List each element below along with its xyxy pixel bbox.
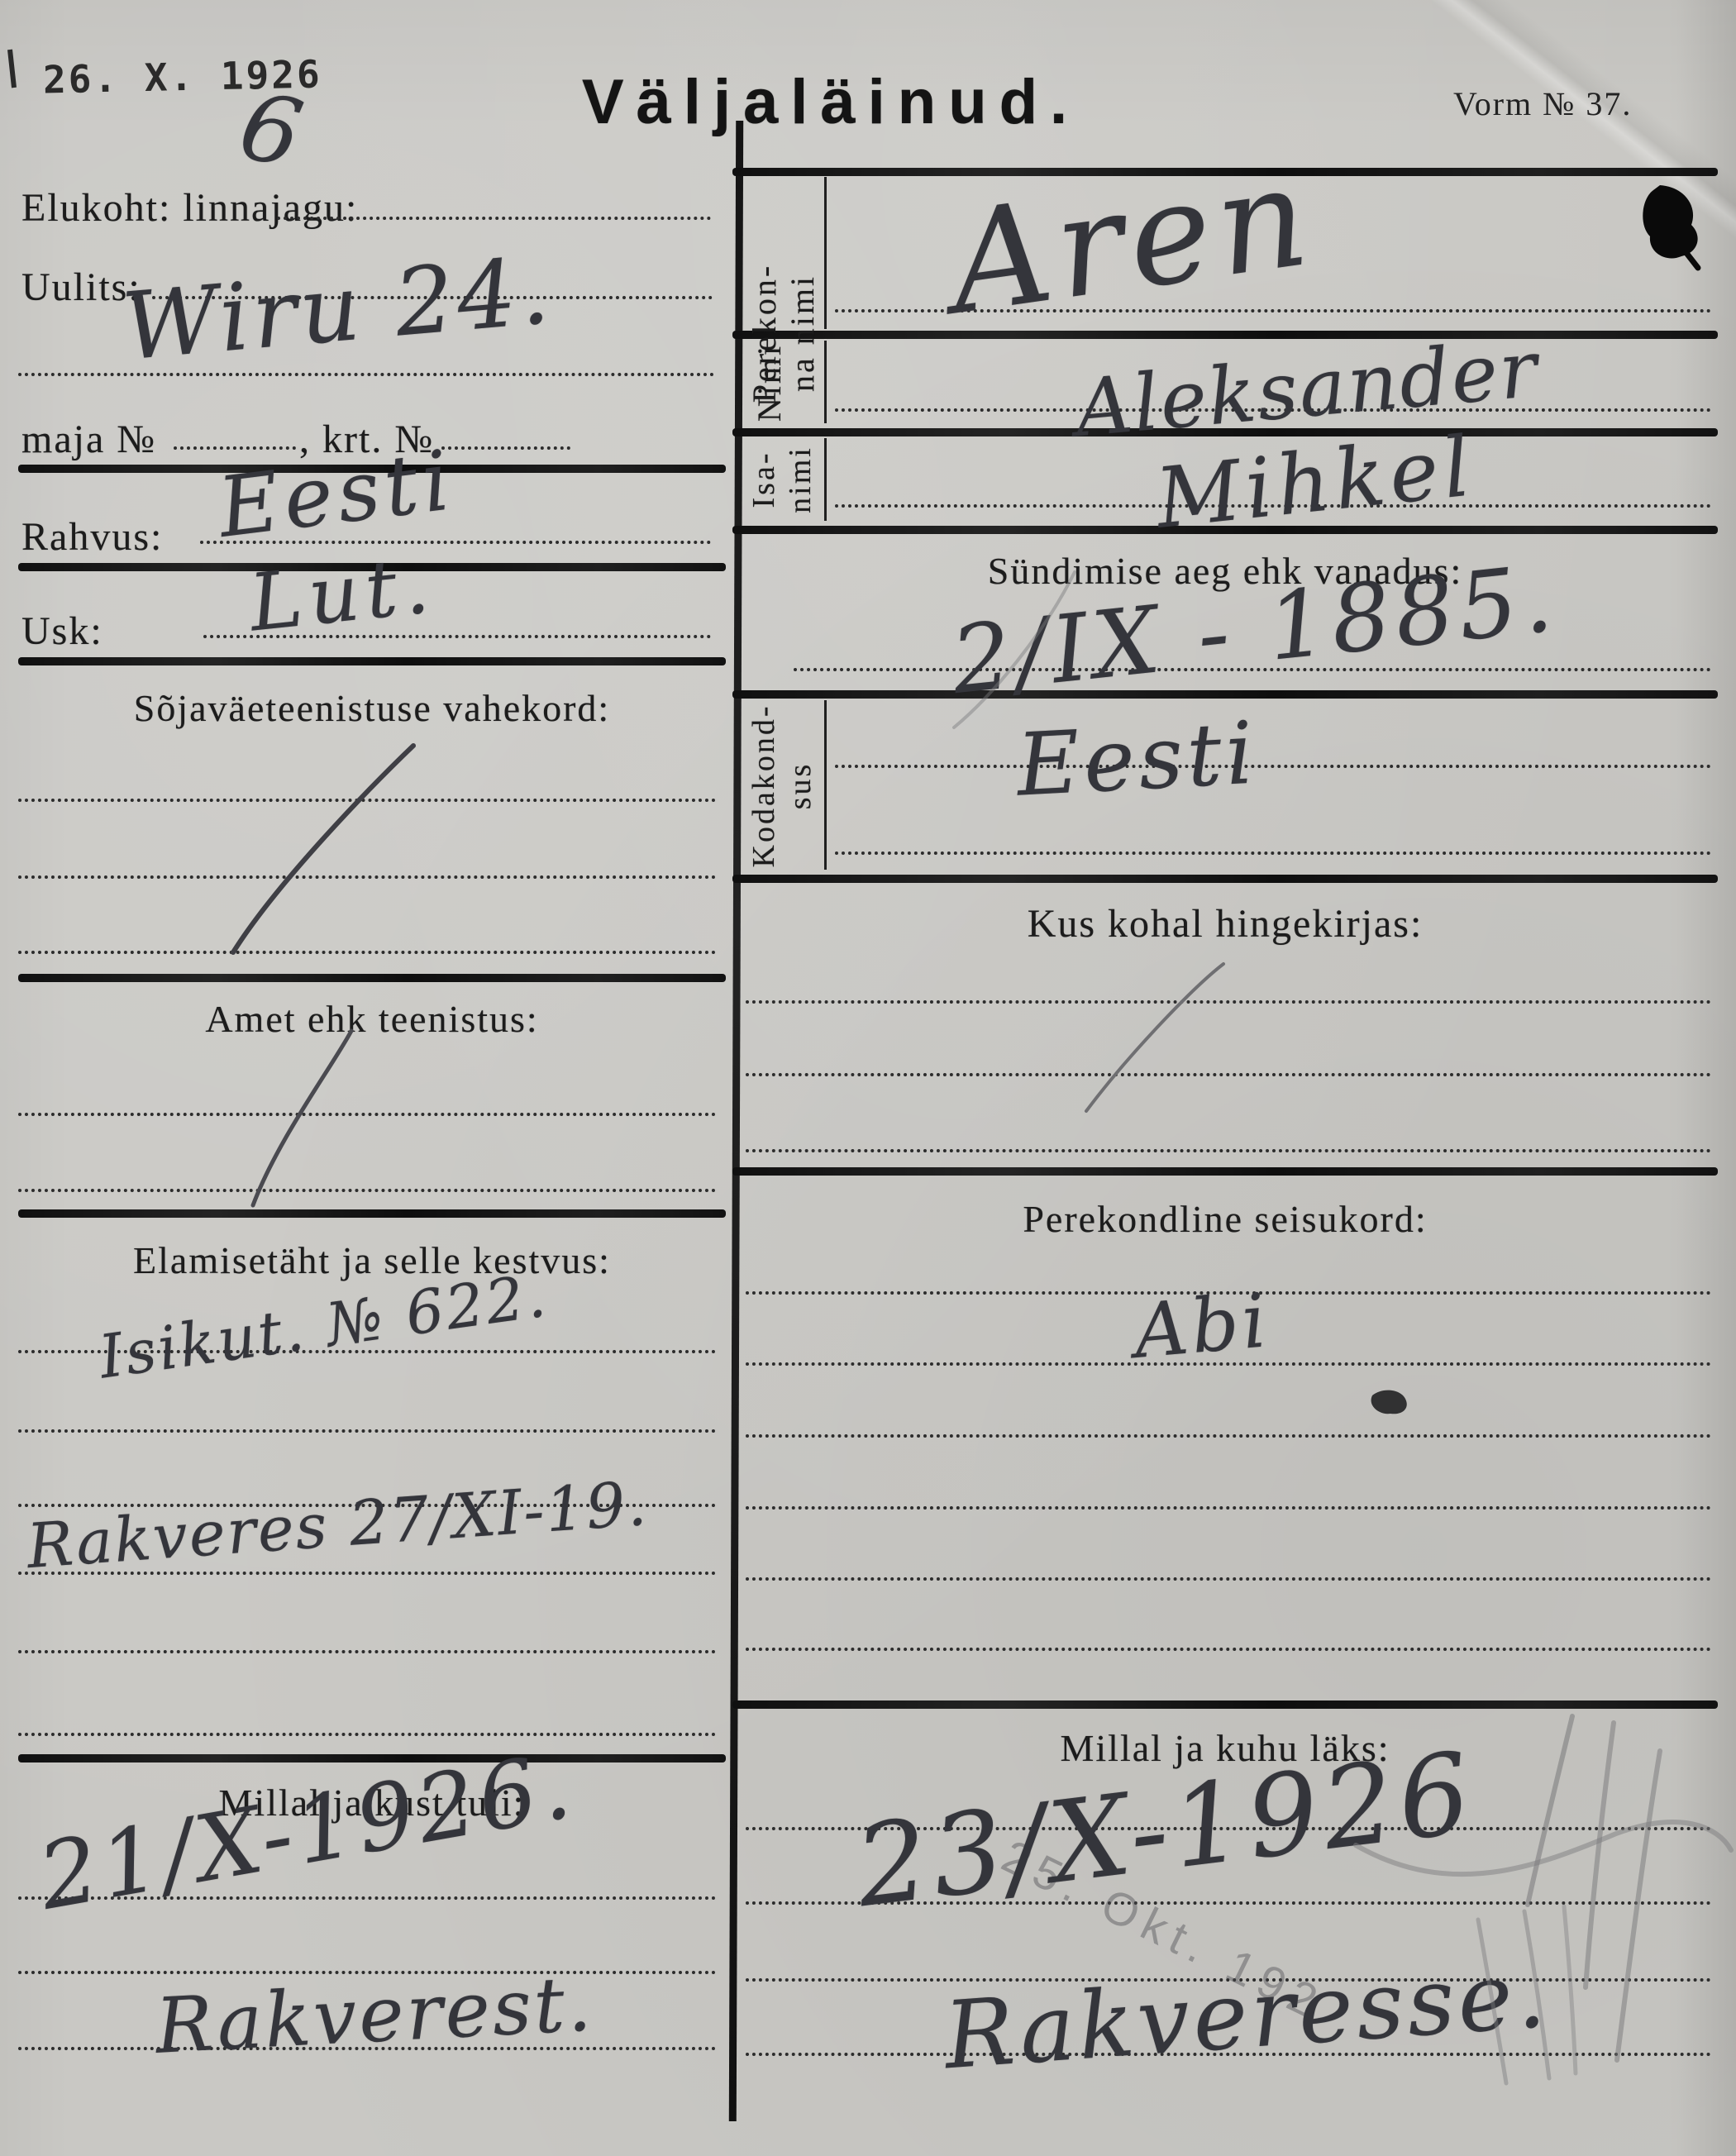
amet-heading: Amet ehk teenistus: xyxy=(18,997,726,1041)
edge-tick-mark xyxy=(10,50,14,88)
label-divider-line xyxy=(824,438,827,521)
label-divider-line xyxy=(824,177,827,329)
dotted-line xyxy=(18,1189,716,1192)
rule-bar xyxy=(732,1700,1718,1709)
uulits-value-handwriting: Wiru 24. xyxy=(119,245,556,374)
rahvus-label: Rahvus: xyxy=(21,514,163,560)
label-divider-line xyxy=(824,341,827,423)
rule-bar xyxy=(18,657,726,665)
registration-card: 26. X. 1926 Väljaläinud. Vorm № 37. Eluk… xyxy=(0,0,1736,2156)
kodakondsus-label: Kodakond- sus xyxy=(746,702,818,870)
dotted-line xyxy=(18,1733,716,1736)
elamisetaht-heading: Elamisetäht ja selle kestvus: xyxy=(18,1238,726,1282)
rahvus-value-handwriting: Eesti xyxy=(214,439,459,550)
dotted-line xyxy=(746,1648,1711,1651)
dotted-line xyxy=(835,765,1711,768)
dotted-line xyxy=(174,446,296,450)
slash-mark xyxy=(233,746,413,952)
isanimi-label: Isa- nimi xyxy=(746,438,818,521)
dotted-line xyxy=(18,373,714,376)
dotted-line xyxy=(18,875,716,879)
kodakondsus-label-line2: sus xyxy=(782,702,818,870)
dotted-line xyxy=(746,1434,1711,1438)
rule-bar xyxy=(732,1167,1718,1176)
sojavaeteenistus-heading: Sõjaväeteenistuse vahekord: xyxy=(18,686,726,730)
isanimi-label-line1: Isa- xyxy=(746,438,782,521)
rule-bar xyxy=(732,690,1718,699)
elamisetaht-line1-handwriting: Isikut. № 622. xyxy=(96,1265,551,1386)
slash-mark xyxy=(253,1031,351,1205)
usk-value-handwriting: Lut. xyxy=(246,546,439,644)
maja-label: maja № xyxy=(21,417,156,462)
rule-bar xyxy=(732,331,1718,339)
pencil-scribble xyxy=(1617,1751,1660,2060)
dotted-line xyxy=(441,446,570,450)
nimi-label-text: Nimi xyxy=(751,341,789,425)
dotted-line xyxy=(746,1506,1711,1510)
ink-spot xyxy=(1371,1390,1407,1414)
rule-bar xyxy=(18,974,726,982)
dotted-line xyxy=(18,1113,716,1116)
rule-bar xyxy=(18,1209,726,1218)
dotted-line xyxy=(18,799,716,802)
dotted-line xyxy=(18,951,716,954)
dotted-line xyxy=(18,1429,716,1433)
kodakondsus-label-line1: Kodakond- xyxy=(746,702,782,870)
hingekirjas-heading: Kus kohal hingekirjas: xyxy=(732,901,1718,947)
millal-kust-tuli-date-handwriting: 21/X-1926. xyxy=(32,1739,580,1923)
isanimi-label-line2: nimi xyxy=(782,438,818,521)
pencil-scribble xyxy=(1564,1906,1576,2073)
page-title: Väljaläinud. xyxy=(496,71,1166,134)
kodakondsus-value-handwriting: Eesti xyxy=(1014,709,1259,808)
dotted-line xyxy=(277,217,711,220)
dotted-line xyxy=(746,1073,1711,1076)
millal-kuhu-laks-place-handwriting: Rakveresse. xyxy=(942,1949,1552,2083)
form-number: Vorm № 37. xyxy=(1453,84,1632,123)
seisukord-heading: Perekondline seisukord: xyxy=(732,1197,1718,1241)
dotted-line xyxy=(746,1149,1711,1152)
elamisetaht-line2-handwriting: Rakveres 27/XI-19. xyxy=(25,1473,650,1577)
dotted-line xyxy=(835,851,1711,855)
center-divider-line xyxy=(729,121,743,2121)
usk-label: Usk: xyxy=(21,608,103,654)
rule-bar xyxy=(18,1754,726,1762)
dotted-line xyxy=(746,1000,1711,1004)
elukoht-label: Elukoht: linnajagu: xyxy=(21,185,358,231)
nimi-label: Nimi xyxy=(751,341,789,425)
rule-bar xyxy=(732,875,1718,883)
paper-edge-shade xyxy=(1678,0,1736,2156)
dotted-line xyxy=(18,1650,716,1653)
millal-kust-tuli-place-handwriting: Rakverest. xyxy=(154,1966,595,2065)
seisukord-value-handwriting: Abi xyxy=(1131,1284,1272,1370)
dotted-line xyxy=(746,1577,1711,1581)
label-divider-line xyxy=(824,700,827,870)
slash-mark xyxy=(1086,964,1223,1111)
